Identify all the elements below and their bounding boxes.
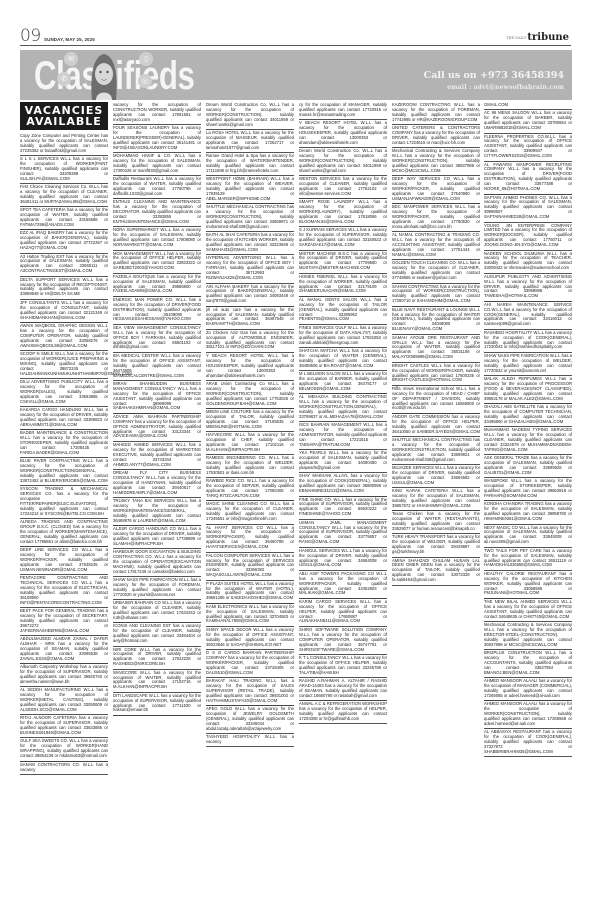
classified-ad: ALJISR CARGO HANDLING CO W.L.L has a vac… — [113, 526, 201, 549]
classified-ad: WAVECORE W.L.L has a vacancy for the occ… — [113, 670, 201, 693]
classified-ad: AHI NAREH MAINTENANCE SERVICE CO.W.L.L h… — [484, 302, 572, 330]
classified-ad: AL NAMAL CONTRACTING & TRADING CO. W.L.L… — [392, 232, 480, 260]
classified-ad: FALCON COMPUTER SERVICES W.L.L has a vac… — [206, 553, 294, 581]
column-entries: cy for the occupation of MANAGER, suitab… — [299, 102, 387, 724]
globe-icon: ◎ — [138, 74, 152, 88]
page-number: 09 — [20, 28, 41, 45]
classified-ad: ADVICE AMIA BAHRAIN PARTNERSHIP COMPANY … — [113, 414, 201, 442]
column-entries: Copy Zone Computer and Printing Center h… — [20, 133, 108, 775]
classified-ad: HARBOUR DOOR EXCAVATION & BUILDING CONTR… — [113, 549, 201, 577]
column-2: vacancy for the occupation of CONSTRUCTI… — [113, 102, 201, 862]
classified-ad: KONDHA CHANDRA TRADING has a vacancy for… — [484, 501, 572, 524]
classified-ad: URBASER BAHRAIN CO W.L.L has a vacancy f… — [113, 600, 201, 623]
classified-columns: VACANCIESAVAILABLE Copy Zone Computer an… — [20, 102, 572, 862]
phone-icon: ✆ — [57, 72, 71, 86]
column-6: GMAIL.COMAC 86 MENS SALOON W.L.L has a v… — [484, 102, 572, 862]
classified-ad: YKA PEARLS W.L.L has a vacancy for the o… — [299, 450, 387, 473]
classified-ad: ASK GENERAL TRADE has a vacancy for the … — [484, 455, 572, 478]
classifieds-banner: Classifieds ✉ ✆ ▯ ◎ Call us on +973 3645… — [20, 50, 572, 100]
classified-ad: AL MANAL GENTS SALON W.L.L has a vacancy… — [299, 297, 387, 325]
classified-ad: ABDULMAJEED ALMDAR ZAINAL / DAFER ALBHAR… — [20, 636, 108, 664]
classified-ad: HEALTHY CALORIE RESTAURANT has a vacancy… — [484, 571, 572, 599]
masthead-name: tribune — [527, 32, 569, 43]
classified-ad: P PLAZA SUITES HOTEL W.L.L has a vacancy… — [206, 581, 294, 604]
call-us-phone: Call us on +973 36458394 — [424, 70, 564, 81]
vacancies-heading-line2: AVAILABLE — [20, 116, 108, 127]
mail-icon: ✉ — [64, 52, 78, 66]
classified-ad: TASHYEED HOSPITALITY W.L.L has a vacancy — [206, 734, 294, 747]
classified-ad: USMAN JAMIL MANAGEMENT CONSULTANCY W.L.L… — [299, 520, 387, 548]
classified-ad: AL HAYAT SERVICES CO W.L.L has a vacancy… — [206, 525, 294, 553]
classified-ad: AHMED MANSOOR ALAALI has a vacancy for t… — [484, 701, 572, 729]
classified-ad: AHMED MANSOOR ALAALI has a vacancy for t… — [484, 678, 572, 701]
classified-ad: IMRAN SHAHBUDDIN BUSINESS MANAGEMENT CON… — [113, 381, 201, 414]
classified-ad: HAYVECORE W.L.L has a vacancy for the oc… — [206, 432, 294, 455]
classified-ad: KAMI ELECTRONICS W.L.L has a vacancy for… — [206, 604, 294, 627]
classified-ad: ANDOR GATE COMMISSION has a vacancy for … — [392, 414, 480, 437]
classified-ad: MEEM LINE COUTURE has a vacancy for the … — [206, 409, 294, 432]
classified-ad: RITAJ ALNOOR CAFETERIA has a vacancy for… — [20, 715, 108, 738]
classified-ad: S J KURRAM SERVICES W.L.L has a vacancy … — [299, 227, 387, 250]
classified-ad: ISCS BAHRAIN MANAGEMENT W.L.L has a vaca… — [299, 422, 387, 450]
classified-ad: EZZ AL IRAQ BAKERY has a vacancy for the… — [20, 230, 108, 253]
classified-ad: SANAM CONTRACTORS CO. W.L.L has a vacanc… — [20, 762, 108, 775]
classified-ad: D S D CARGO BAHRAIN PARTNERSHIP COMPANY … — [206, 650, 294, 678]
operator-illustration-icon — [84, 50, 124, 100]
classified-ad: SHAW NASS PIPE FABRICATION W.L.L has a v… — [484, 353, 572, 376]
classified-ad: Albumoth Carpentry Workshop has a vacanc… — [20, 664, 108, 687]
classified-ad: THE NEW BILAL AHMED SERVICES W.L.L has a… — [484, 599, 572, 622]
classified-ad: Copy Zone Computer and Printing Center h… — [20, 133, 108, 156]
classified-ad: NEXT MAGIC CO W.L.L has a vacancy for th… — [484, 525, 572, 548]
classified-ad: TWO TAILS FOR PET CARE has a vacancy for… — [484, 548, 572, 571]
classified-ad: KING KARAK CAFETERIA W.L.L has a vacancy… — [392, 488, 480, 511]
classified-ad: Riffa Views International School W.L.L h… — [392, 386, 480, 414]
classified-ad: SYSCON TRADING & MECHANICAL SERVICES CO.… — [20, 486, 108, 519]
classified-ad: ABU ASIF TOWERS PACKAGING CO W.L.L has a… — [299, 571, 387, 599]
classified-ad: BDC MANPOWER SERVICES W.L.L has a vacanc… — [392, 204, 480, 232]
classified-ad: MOHAMMAD HANIF & CO. W.L.L has a vacancy… — [113, 153, 201, 176]
classified-ad: AL MEHAZAA BUILDING CONTRACTING W.L.L ha… — [299, 394, 387, 422]
classified-ad: FLEERNA PROPERTIES CO.W.L.L has a vacanc… — [484, 134, 572, 162]
classified-ad: ENTHUS CLEANING AND MAINTENANCE has a va… — [113, 199, 201, 227]
classified-ad: DEEP WAY SERVICES CO W.L.L has a vacancy… — [392, 176, 480, 204]
classified-ad: AC 86 MENS SALOON W.L.L has a vacancy fo… — [484, 110, 572, 133]
classified-ad: GULF SEA SWEETS CO. W.L.L has a vacancy … — [20, 738, 108, 761]
column-entries: GMAIL.COMAC 86 MENS SALOON W.L.L has a v… — [484, 102, 572, 757]
classified-ad: MISTER MACHINE B.S.C has a vacancy for t… — [299, 251, 387, 274]
classified-ad: BEST PACK FOR GENERAL TRADING has a vaca… — [20, 608, 108, 636]
classified-ad: S L S L SERVICES W.L.L has a vacancy for… — [20, 156, 108, 184]
classified-ad: AIN ALFAHA BAKERY has a vacancy for the … — [206, 284, 294, 307]
classified-ad: NORA SUPERMARKET W.L.L has a vacancy for… — [113, 227, 201, 250]
classified-ad: jill oil auto care has a vacancy for the… — [206, 307, 294, 330]
classified-ad: Texas Chicken has a vacancy for the occu… — [392, 511, 480, 534]
classified-ad: M L BELMON SALON W.L.L has a vacancy for… — [299, 371, 387, 394]
classified-ad: DELTA SUPPORT SERVICES W.L.L has a vacan… — [20, 277, 108, 300]
classified-ad: FAZEELA BOUTIQUE has a vacancy for the o… — [113, 274, 201, 297]
classified-ad: vacancy for the occupation of CONSTRUCTI… — [113, 102, 201, 125]
column-5: KAZEROONI CONTRACTING W.L.L has a vacanc… — [392, 102, 480, 862]
classified-ad: AL FAWARIS MANPOWER RECRUITING COMPANY W… — [484, 162, 572, 195]
classified-ad: UNITED CATERERS & CONTRACTORS COMPANY ha… — [392, 125, 480, 148]
classified-ad: SAHAM CONTRACTING has a vacancy for the … — [392, 284, 480, 307]
classified-ad: SAMAH AYOUB ORE RESTAURANT AND GRILLS W.… — [392, 335, 480, 363]
classified-ad: Daffodils Restaurant W.L.L has a vacancy… — [113, 176, 201, 199]
classified-ad: SHUTTLE MECHANICAL CONTRACTING has a vac… — [206, 204, 294, 232]
classified-ad: HOMES FIBEROIL W.L.L has a vacancy for t… — [299, 274, 387, 297]
classified-ad: ALREDA TRADING AND CONTRACTING GROUP B.S… — [20, 519, 108, 547]
classified-ad: HYPERNAS ADVERTISING W.L.L has a vacancy… — [206, 255, 294, 283]
classified-ad: MALAK ALEZH PERFUMES W.L.L has a vacancy… — [484, 376, 572, 404]
masthead-prefix: THE DAILY — [506, 36, 526, 40]
classified-ad: MUHAMMAD NADEEM TYPING SERVICES W.L.L ha… — [484, 427, 572, 455]
classified-ad: Dream World Construction Co. W.L.L has a… — [206, 102, 294, 130]
classified-ad: First Choice Cleaning Services Co. W.L.L… — [20, 184, 108, 207]
classified-ad: V BEACH RESORT HOTEL W.L.L has a vacancy… — [299, 120, 387, 148]
classified-ad: MAHEED AHMED SERVICES W.L.L has a vacanc… — [113, 442, 201, 470]
classified-ad: JFF CONSULTANTS W.L.L has a vacancy for … — [20, 300, 108, 323]
classified-ad: NADEEN SCHOOL DILMUNIA W.L.L has a vacan… — [484, 251, 572, 274]
classified-ad: Mechanical Contracting & Services Compan… — [392, 148, 480, 176]
classified-ad: SHAW NASS PIPE FABRICATION W.L.L has a v… — [113, 577, 201, 600]
classified-ad: BLUE NAVY RESTAURANT & LOUNGE W.L.L has … — [392, 307, 480, 335]
classified-ad: IBA MEDICAL CENTER W.L.L has a vacancy f… — [113, 353, 201, 381]
classified-ad: BRIZPLUS CONSTRUCTION W.L.L has a vacanc… — [484, 650, 572, 678]
column-entries: vacancy for the occupation of CONSTRUCTI… — [113, 102, 201, 716]
classified-ad: Dream World Construction Co. W.L.L has a… — [299, 148, 387, 176]
classified-ad: SAFTAIN AHMED PHONES CO. W.L.L has a vac… — [484, 195, 572, 223]
classified-ad: La ROSA HOTEL W.L.L has a vacancy for th… — [206, 130, 294, 153]
classified-ad: TURK HEAVY TRANSPORT has a vacancy for t… — [392, 534, 480, 557]
classified-ad: MOA MANAGEMENT W.L.L has a vacancy for t… — [113, 251, 201, 274]
column-4: cy for the occupation of MANAGER, suitab… — [299, 102, 387, 862]
classified-ad: RAMEES ENGINEERING CO. W.L.L has a vacan… — [206, 455, 294, 478]
classified-ad: SHINY SPACE DECOR W.L.L has a vacancy fo… — [206, 627, 294, 650]
classified-ad: YOUNG JIN ENTERPRISE COMPANY LIMITED has… — [484, 223, 572, 251]
classified-ad: SHATCHA MATCHA W.L.L has a vacancy for t… — [299, 348, 387, 371]
classified-ad: SPOT TEA CAFETERIA has a vacancy for the… — [20, 207, 108, 230]
classified-ad: GOLDEN TOUCH CLEANING CO. W.L.L has a va… — [392, 260, 480, 283]
classified-ad: DEEP LINE SERVICES CO W.L.L has a vacanc… — [20, 547, 108, 575]
classified-ad: ICONIS AND CLEANING EST has a vacancy fo… — [113, 623, 201, 646]
classified-ad: APEG GOLD W.L.L has a vacancy for the oc… — [206, 706, 294, 734]
classified-ad: ENERGIC MAN POWER CO. W.L.L has a vacanc… — [113, 297, 201, 325]
classified-ad: Ramee Grand Hotel & Spa has a vacancy fo… — [206, 153, 294, 176]
classified-ad: BAITH AL SHAI CAFETERIA has a vacancy fo… — [206, 232, 294, 255]
column-entries: Dream World Construction Co. W.L.L has a… — [206, 102, 294, 747]
classified-ad: AL SEDDH MANUFACTURING W.L.L has a vacan… — [20, 687, 108, 715]
classified-ad: ARAB Union Contracting Co W.L.L has a va… — [206, 381, 294, 409]
classified-ad: PENTACORE CONTRACTING AND TECHNICAL SERV… — [20, 575, 108, 608]
classified-ad: BLUE RIVER CONTRACTING W.L.L has a vacan… — [20, 458, 108, 486]
column-entries: KAZEROONI CONTRACTING W.L.L has a vacanc… — [392, 102, 480, 586]
classified-ad: WESTPOINT HOME (BAHRAIN) W.L.L has a vac… — [206, 176, 294, 204]
classified-ad: KARIM CARGO SERVICES W.L.L has a vacancy… — [299, 599, 387, 627]
classified-ad: HANIGUL SERVICES W.L.L has a vacancy for… — [299, 548, 387, 571]
classified-ad: AL ABBASIYA RESTAURANT has a vacancy for… — [484, 729, 572, 757]
classified-ad: KAZEROONI CONTRACTING W.L.L has a vacanc… — [392, 102, 480, 125]
masthead-logo: THE DAILYtribune — [506, 32, 569, 43]
classified-ad: KAKARDA CARGO HANDLING W.L.L has a vacan… — [20, 407, 108, 430]
classified-ad: WESTON SERVICES has a vacancy for the oc… — [299, 176, 387, 199]
classified-ad: AUGUPUR PUBLICITY AND ADVERTISING W.L.L … — [484, 274, 572, 302]
classified-ad: GMAIL.COM — [484, 102, 572, 110]
classified-ad: AMINA SHAHZADI GHULAM HUSAIN LAL DEEN OM… — [392, 558, 480, 586]
classified-ad: AWAIS MAQBOOL GRAPHIC DESIGN W.L.L has a… — [20, 323, 108, 351]
mobile-icon: ▯ — [139, 52, 153, 66]
classified-ad: Y BEACH RESORT HOTEL W.L.L has a vacancy… — [206, 353, 294, 381]
classified-ad: K T L CONSULTANCY W.L.L has a vacancy fo… — [299, 655, 387, 678]
classified-ad: SHAY MAKHANI ALLAYL has a vacancy for th… — [299, 473, 387, 496]
classified-ad: Mechanical Contracting & Services Compan… — [484, 622, 572, 650]
classified-ad: SEA VIEW MANAGEMENT CONSULTANCY W.L.L ha… — [113, 325, 201, 353]
classified-ad: MUJAZEE SERVICES W.L.L has a vacancy for… — [392, 465, 480, 488]
classified-ad: TRUSKY TANA BAI SERVICES W.L.L has a vac… — [113, 498, 201, 526]
classified-ad: SHUTTLE MECHANICAL CONTRACTING has a vac… — [392, 437, 480, 465]
classified-ad: MAGIC SHINE CLEANING CO. W.L.L has a vac… — [206, 501, 294, 524]
classified-ad: WANSPOKE W.L.L has a vacancy for the occ… — [484, 478, 572, 501]
classified-ad: ANWAL A.C & REFRIGERATION WORKSHOP has a… — [299, 701, 387, 724]
classified-ad: RASHEED HOSPITALITY W.L.L has a vacancy … — [484, 330, 572, 353]
classified-ad: SCOOP N SMILE W.L.L has a vacancy for th… — [20, 351, 108, 379]
classified-ad: BADER MAINTENANCE & CONSTRUCTION W.L.L h… — [20, 430, 108, 458]
classified-ad: FOUR SEASONS LAUNDRY has a vacancy for t… — [113, 125, 201, 153]
column-1: VACANCIESAVAILABLE Copy Zone Computer an… — [20, 102, 108, 862]
classified-ad: A3 Hatton Trading EST has a vacancy for … — [20, 254, 108, 277]
classified-ad: SHIRO SOFTWARE SOLUTION COMPANY W.L.L ha… — [299, 627, 387, 655]
classified-ad: SMART ROSE LAUNDRY W.L.L has a vacancy f… — [299, 199, 387, 227]
issue-date: SUNDAY, MAY 25, 2025 — [44, 37, 95, 42]
classified-ad: cy for the occupation of MANAGER, suitab… — [299, 102, 387, 120]
classified-ad: BRIGHT CASTLES W.L.L has a vacancy for t… — [392, 363, 480, 386]
classified-ad: RAWBEE RICE CO. W.L.L has a vacancy for … — [206, 478, 294, 501]
classified-ad: BARAKAT HALI TRADING W.L.L has a vacancy… — [206, 678, 294, 706]
classified-ad: DILU ADVERTISING PUBLICITY W.L.L has a v… — [20, 379, 108, 407]
classified-ad: NIRI CORE W.L.L has a vacancy for the oc… — [113, 647, 201, 670]
column-3: Dream World Construction Co. W.L.L has a… — [206, 102, 294, 862]
page-header: 09 SUNDAY, MAY 25, 2025 THE DAILYtribune — [20, 28, 571, 46]
classified-ad: FINES SERVICES GULF W.L.L has a vacancy … — [299, 325, 387, 348]
classified-ad: DREAM FLY CITY BUSINESS CONSULTANCY W.L.… — [113, 470, 201, 498]
advert-email: email : advt@newsofbahrain.com — [447, 84, 564, 91]
classified-ad: RASHID A.RAHMAN A. ALTAHIR / RASHID ARAD… — [299, 678, 387, 701]
vacancies-heading: VACANCIESAVAILABLE — [20, 102, 108, 130]
classified-ad: Zo Chicken Aziz Gan has a vacancy for th… — [206, 330, 294, 353]
classified-ad: DITI LANDSCAPE W.L.L has a vacancy for t… — [113, 693, 201, 716]
classified-ad: GHAZALI ABS SATELLITE has a vacancy for … — [484, 404, 572, 427]
classified-ad: FINE SHINE CO. W.L.L has a vacancy for t… — [299, 497, 387, 520]
